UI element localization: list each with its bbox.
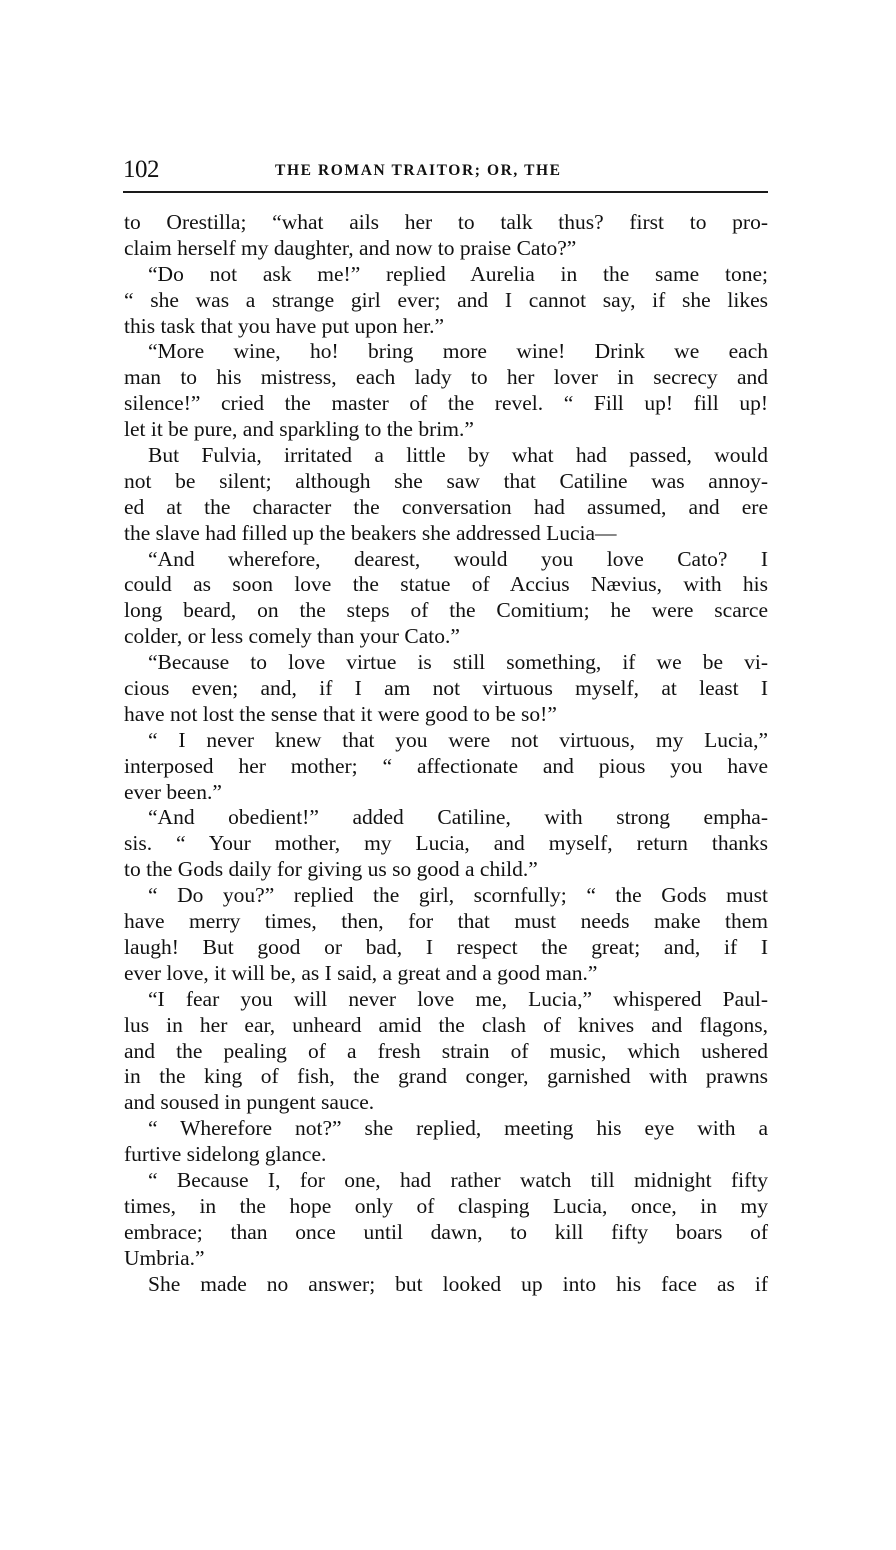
page-number: 102 [123, 156, 159, 184]
running-head-title: THE ROMAN TRAITOR; OR, THE [275, 162, 562, 180]
text-line: “And wherefore, dearest, would you love … [124, 547, 768, 573]
text-line: times, in the hope only of clasping Luci… [124, 1194, 768, 1220]
running-head: 102 THE ROMAN TRAITOR; OR, THE [123, 156, 768, 188]
text-line: “And obedient!” added Catiline, with str… [124, 805, 768, 831]
text-line: Umbria.” [124, 1246, 768, 1272]
text-line: ever love, it will be, as I said, a grea… [124, 961, 768, 987]
text-line: embrace; than once until dawn, to kill f… [124, 1220, 768, 1246]
text-line: sis. “ Your mother, my Lucia, and myself… [124, 831, 768, 857]
text-line: long beard, on the steps of the Comitium… [124, 598, 768, 624]
text-line: and soused in pungent sauce. [124, 1090, 768, 1116]
text-line: She made no answer; but looked up into h… [124, 1272, 768, 1298]
text-line: “I fear you will never love me, Lucia,” … [124, 987, 768, 1013]
text-line: colder, or less comely than your Cato.” [124, 624, 768, 650]
text-line: “ I never knew that you were not virtuou… [124, 728, 768, 754]
text-line: ed at the character the conversation had… [124, 495, 768, 521]
text-line: man to his mistress, each lady to her lo… [124, 365, 768, 391]
text-line: in the king of fish, the grand conger, g… [124, 1064, 768, 1090]
header-rule [123, 191, 768, 193]
text-line: But Fulvia, irritated a little by what h… [124, 443, 768, 469]
text-line: claim herself my daughter, and now to pr… [124, 236, 768, 262]
text-line: not be silent; although she saw that Cat… [124, 469, 768, 495]
text-line: “ Do you?” replied the girl, scornfully;… [124, 883, 768, 909]
text-line: this task that you have put upon her.” [124, 314, 768, 340]
text-line: silence!” cried the master of the revel.… [124, 391, 768, 417]
text-line: laugh! But good or bad, I respect the gr… [124, 935, 768, 961]
text-line: and the pealing of a fresh strain of mus… [124, 1039, 768, 1065]
body-text: to Orestilla; “what ails her to talk thu… [124, 210, 768, 1297]
text-line: the slave had filled up the beakers she … [124, 521, 768, 547]
text-line: “Because to love virtue is still somethi… [124, 650, 768, 676]
text-line: “Do not ask me!” replied Aurelia in the … [124, 262, 768, 288]
book-page: 102 THE ROMAN TRAITOR; OR, THE to Oresti… [0, 0, 896, 1550]
text-line: ever been.” [124, 780, 768, 806]
text-line: “More wine, ho! bring more wine! Drink w… [124, 339, 768, 365]
text-line: “ Wherefore not?” she replied, meeting h… [124, 1116, 768, 1142]
text-line: “ Because I, for one, had rather watch t… [124, 1168, 768, 1194]
text-line: cious even; and, if I am not virtuous my… [124, 676, 768, 702]
text-line: “ she was a strange girl ever; and I can… [124, 288, 768, 314]
text-line: lus in her ear, unheard amid the clash o… [124, 1013, 768, 1039]
text-line: to the Gods daily for giving us so good … [124, 857, 768, 883]
text-line: interposed her mother; “ affectionate an… [124, 754, 768, 780]
text-line: have not lost the sense that it were goo… [124, 702, 768, 728]
text-line: furtive sidelong glance. [124, 1142, 768, 1168]
text-line: could as soon love the statue of Accius … [124, 572, 768, 598]
text-line: to Orestilla; “what ails her to talk thu… [124, 210, 768, 236]
text-line: let it be pure, and sparkling to the bri… [124, 417, 768, 443]
text-line: have merry times, then, for that must ne… [124, 909, 768, 935]
